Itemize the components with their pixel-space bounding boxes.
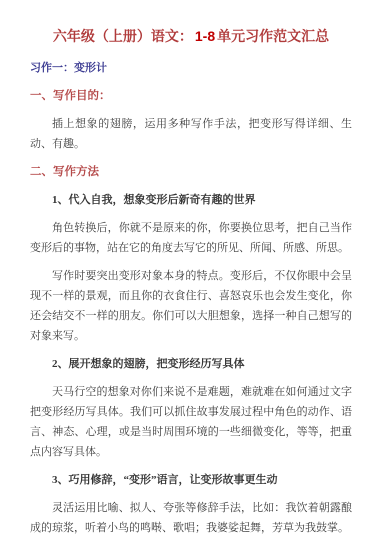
section-heading-goal: 一、写作目的： [30, 86, 352, 106]
doc-title: 六年级（上册）语文：1-8单元习作范文汇总 [30, 26, 352, 48]
paragraph-goal: 插上想象的翅膀，运用多种写作手法，把变形写得详细、生动、有趣。 [30, 114, 352, 154]
point-heading-2: 2、展开想象的翅膀，把变形经历写具体 [30, 354, 352, 374]
paragraph: 写作时要突出变形对象本身的特点。变形后，不仅你眼中会呈现不一样的景观，而且你的衣… [30, 266, 352, 346]
section-heading-method: 二、写作方法 [30, 162, 352, 182]
doc-title-part2: 单元习作范文汇总 [217, 30, 329, 45]
paragraph: 天马行空的想象对你们来说不是难题，难就难在如何通过文字把变形经历写具体。我们可以… [30, 382, 352, 462]
document-page: 六年级（上册）语文：1-8单元习作范文汇总 习作一：变形计 一、写作目的： 插上… [0, 0, 382, 540]
subtitle-exercise-1: 习作一：变形计 [30, 58, 352, 78]
paragraph: 灵活运用比喻、拟人、夸张等修辞手法，比如：我饮着朝露酿成的琼浆，听着小鸟的鸣啭、… [30, 498, 352, 538]
point-heading-1: 1、代入自我，想象变形后新奇有趣的世界 [30, 190, 352, 210]
doc-title-highlight: 1-8 [193, 28, 217, 44]
paragraph: 角色转换后，你就不是原来的你，你要换位思考，把自己当作变形后的事物，站在它的角度… [30, 218, 352, 258]
point-heading-3: 3、巧用修辞，“变形”语言，让变形故事更生动 [30, 470, 352, 490]
doc-title-part1: 六年级（上册）语文： [53, 30, 193, 45]
